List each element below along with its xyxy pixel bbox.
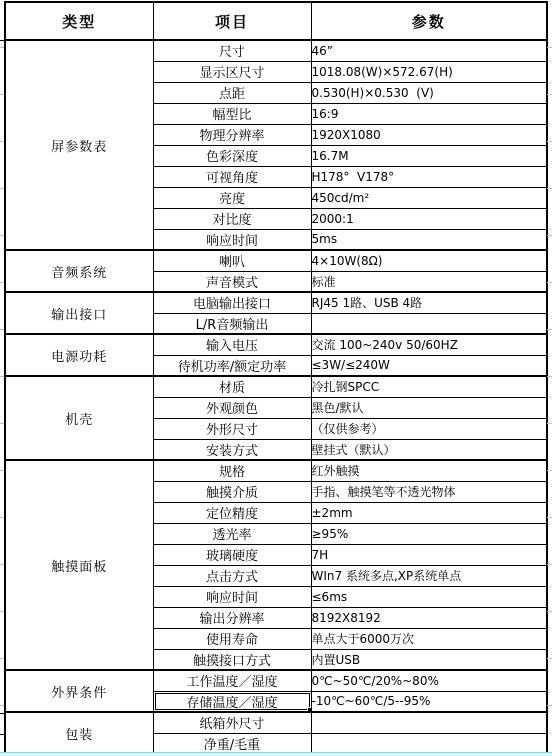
cell-value[interactable]: WIn7 系统多点,XP系统单点 xyxy=(311,565,547,586)
section-label-cell[interactable]: 音频系统 xyxy=(5,250,153,292)
table-edge-stub xyxy=(0,713,4,714)
cell-value[interactable]: 0.530(H)×0.530 (V) xyxy=(311,82,547,103)
header-cell-item[interactable]: 项目 xyxy=(153,2,311,40)
sheet-gridline-stub xyxy=(0,658,4,659)
cell-value[interactable]: 1018.08(W)×572.67(H) xyxy=(311,61,547,82)
cell-item[interactable]: 外形尺寸 xyxy=(153,418,311,439)
sheet-gridline-stub xyxy=(547,611,552,612)
sheet-gridline-stub xyxy=(547,235,552,236)
cell-value[interactable]: H178° V178° xyxy=(311,166,547,187)
cell-item[interactable]: 触摸接口方式 xyxy=(153,649,311,670)
section-label-cell[interactable]: 包装 xyxy=(5,712,153,754)
cell-value[interactable]: 1920X1080 xyxy=(311,124,547,145)
active-cell[interactable]: 存储温度／湿度 xyxy=(153,691,311,712)
cell-item[interactable]: 规格 xyxy=(153,460,311,481)
cell-item[interactable]: 显示区尺寸 xyxy=(153,61,311,82)
sheet-gridline-stub xyxy=(547,517,552,518)
table-row: 包装纸箱外尺寸 xyxy=(5,712,547,733)
sheet-gridline-stub xyxy=(0,517,4,518)
table-row: 机壳材质冷扎钢SPCC xyxy=(5,376,547,397)
cell-item[interactable]: 定位精度 xyxy=(153,502,311,523)
sheet-gridline-stub xyxy=(547,423,552,424)
sheet-gridline-stub xyxy=(547,376,552,377)
cell-item[interactable]: 工作温度／湿度 xyxy=(153,670,311,691)
cell-value[interactable]: 手指、触摸笔等不透光物体 xyxy=(311,481,547,502)
sheet-gridline-stub xyxy=(0,235,4,236)
sheet-gridline-stub xyxy=(0,423,4,424)
cell-value[interactable]: 2000:1 xyxy=(311,208,547,229)
cell-item[interactable]: 幅型比 xyxy=(153,103,311,124)
cell-value[interactable] xyxy=(311,313,547,334)
cell-value[interactable]: 壁挂式（默认） xyxy=(311,439,547,460)
cell-value[interactable]: ±2mm xyxy=(311,502,547,523)
cell-item[interactable]: 可视角度 xyxy=(153,166,311,187)
cell-value[interactable]: 4×10W(8Ω) xyxy=(311,250,547,271)
sheet-gridline-stub xyxy=(0,141,4,142)
section-label-cell[interactable]: 屏参数表 xyxy=(5,40,153,250)
spreadsheet-viewport: 类型 项目 参数 屏参数表尺寸46”显示区尺寸1018.08(W)×572.67… xyxy=(0,0,552,756)
freeze-pane-line xyxy=(0,752,552,756)
table-row: 外界条件工作温度／湿度0℃~50℃/20%~80% xyxy=(5,670,547,691)
cell-value[interactable]: ≤6ms xyxy=(311,586,547,607)
sheet-gridline-stub xyxy=(0,94,4,95)
section-label-cell[interactable]: 触摸面板 xyxy=(5,460,153,670)
cell-item[interactable]: L/R音频输出 xyxy=(153,313,311,334)
sheet-gridline-stub xyxy=(547,470,552,471)
header-cell-param[interactable]: 参数 xyxy=(311,2,547,40)
table-row: 输出接口电脑输出接口RJ45 1路、USB 4路 xyxy=(5,292,547,313)
cell-value[interactable]: （仅供参考） xyxy=(311,418,547,439)
sheet-gridline-stub xyxy=(547,658,552,659)
cell-value[interactable]: 黑色/默认 xyxy=(311,397,547,418)
sheet-gridline-stub xyxy=(547,705,552,706)
sheet-gridline-stub xyxy=(547,282,552,283)
table-edge-stub xyxy=(0,40,4,41)
sheet-gridline-stub xyxy=(0,611,4,612)
cell-item[interactable]: 响应时间 xyxy=(153,586,311,607)
cell-value[interactable]: 冷扎钢SPCC xyxy=(311,376,547,397)
cell-item[interactable]: 电脑输出接口 xyxy=(153,292,311,313)
sheet-gridline-stub xyxy=(0,47,4,48)
sheet-gridline-stub xyxy=(0,282,4,283)
sheet-gridline-stub xyxy=(547,141,552,142)
fill-handle[interactable] xyxy=(307,707,312,712)
cell-value[interactable] xyxy=(311,712,547,733)
cell-item[interactable]: 色彩深度 xyxy=(153,145,311,166)
sheet-gridline-stub xyxy=(0,329,4,330)
cell-item[interactable]: 尺寸 xyxy=(153,40,311,61)
cell-value[interactable] xyxy=(311,733,547,754)
cell-value[interactable]: 5ms xyxy=(311,229,547,250)
cell-value[interactable]: 7H xyxy=(311,544,547,565)
cell-item[interactable]: 净重/毛重 xyxy=(153,733,311,754)
cell-item[interactable]: 材质 xyxy=(153,376,311,397)
header-cell-type[interactable]: 类型 xyxy=(5,2,153,40)
sheet-gridline-stub xyxy=(547,329,552,330)
cell-item[interactable]: 对比度 xyxy=(153,208,311,229)
table-row: 触摸面板规格红外触摸 xyxy=(5,460,547,481)
cell-value[interactable]: 单点大于6000万次 xyxy=(311,628,547,649)
cell-item[interactable]: 触摸介质 xyxy=(153,481,311,502)
section-label-cell[interactable]: 外界条件 xyxy=(5,670,153,712)
cell-value[interactable]: 16.7M xyxy=(311,145,547,166)
cell-value[interactable]: 16:9 xyxy=(311,103,547,124)
cell-item[interactable]: 输入电压 xyxy=(153,334,311,355)
cell-value[interactable]: ≥95% xyxy=(311,523,547,544)
table-row: 音频系统喇叭4×10W(8Ω) xyxy=(5,250,547,271)
section-label-cell[interactable]: 机壳 xyxy=(5,376,153,460)
cell-item[interactable]: 声音模式 xyxy=(153,271,311,292)
sheet-gridline-stub xyxy=(0,470,4,471)
spec-table: 类型 项目 参数 屏参数表尺寸46”显示区尺寸1018.08(W)×572.67… xyxy=(4,1,548,755)
sheet-gridline-stub xyxy=(0,188,4,189)
cell-value[interactable]: 0℃~50℃/20%~80% xyxy=(311,670,547,691)
table-row: 屏参数表尺寸46” xyxy=(5,40,547,61)
cell-item[interactable]: 响应时间 xyxy=(153,229,311,250)
sheet-gridline-stub xyxy=(0,376,4,377)
cell-value[interactable]: ≤3W/≤240W xyxy=(311,355,547,376)
sheet-gridline-stub xyxy=(547,564,552,565)
cell-item[interactable]: 待机功率/额定功率 xyxy=(153,355,311,376)
table-edge-stub xyxy=(0,734,4,735)
cell-item[interactable]: 玻璃硬度 xyxy=(153,544,311,565)
sheet-gridline-stub xyxy=(547,47,552,48)
cell-value[interactable]: 450cd/m² xyxy=(311,187,547,208)
cell-item[interactable]: 物理分辨率 xyxy=(153,124,311,145)
cell-value[interactable]: -10℃~60℃/5--95% xyxy=(311,691,547,712)
cell-item[interactable]: 输出分辨率 xyxy=(153,607,311,628)
cell-item[interactable]: 喇叭 xyxy=(153,250,311,271)
cell-item[interactable]: 安装方式 xyxy=(153,439,311,460)
sheet-gridline-stub xyxy=(0,705,4,706)
table-row: 电源功耗输入电压交流 100~240v 50/60HZ xyxy=(5,334,547,355)
cell-item[interactable]: 纸箱外尺寸 xyxy=(153,712,311,733)
sheet-gridline-stub xyxy=(0,564,4,565)
cell-value[interactable]: 内置USB xyxy=(311,649,547,670)
sheet-gridline-stub xyxy=(547,94,552,95)
cell-item[interactable]: 点击方式 xyxy=(153,565,311,586)
cell-item[interactable]: 透光率 xyxy=(153,523,311,544)
cell-value[interactable]: 交流 100~240v 50/60HZ xyxy=(311,334,547,355)
cell-value[interactable]: RJ45 1路、USB 4路 xyxy=(311,292,547,313)
cell-value[interactable]: 46” xyxy=(311,40,547,61)
cell-item[interactable]: 外观颜色 xyxy=(153,397,311,418)
sheet-gridline-stub xyxy=(547,188,552,189)
cell-value[interactable]: 8192X8192 xyxy=(311,607,547,628)
section-label-cell[interactable]: 输出接口 xyxy=(5,292,153,334)
cell-value[interactable]: 标准 xyxy=(311,271,547,292)
cell-item[interactable]: 点距 xyxy=(153,82,311,103)
section-label-cell[interactable]: 电源功耗 xyxy=(5,334,153,376)
header-row: 类型 项目 参数 xyxy=(5,2,547,40)
cell-value[interactable]: 红外触摸 xyxy=(311,460,547,481)
cell-item[interactable]: 亮度 xyxy=(153,187,311,208)
cell-item[interactable]: 使用寿命 xyxy=(153,628,311,649)
